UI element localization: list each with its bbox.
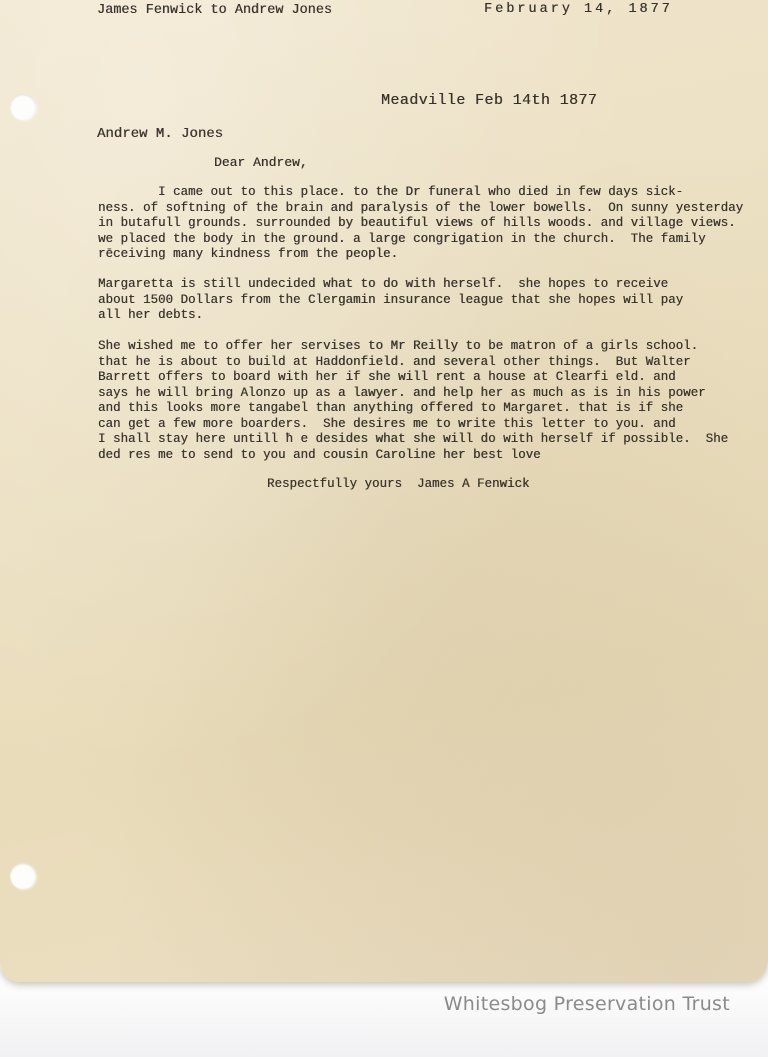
archivist-caption: James Fenwick to Andrew Jones xyxy=(97,3,332,19)
letter-dateline: Meadville Feb 14th 1877 xyxy=(381,92,597,109)
watermark-label: Whitesbog Preservation Trust xyxy=(444,992,730,1016)
letter-recipient: Andrew M. Jones xyxy=(97,126,223,142)
hole-punch-bottom xyxy=(10,863,36,889)
archivist-date: February 14, 1877 xyxy=(484,2,673,18)
letter-salutation: Dear Andrew, xyxy=(214,155,308,171)
letter-paragraph: She wished me to offer her servises to M… xyxy=(98,339,728,463)
letter-page: James Fenwick to Andrew Jones February 1… xyxy=(0,0,768,982)
letter-paragraph: Margaretta is still undecided what to do… xyxy=(98,277,683,324)
letter-signature: Respectfully yours James A Fenwick xyxy=(267,476,530,492)
scan-viewport: James Fenwick to Andrew Jones February 1… xyxy=(0,0,768,1057)
hole-punch-top xyxy=(10,94,36,120)
letter-paragraph: I came out to this place. to the Dr fune… xyxy=(98,185,743,263)
